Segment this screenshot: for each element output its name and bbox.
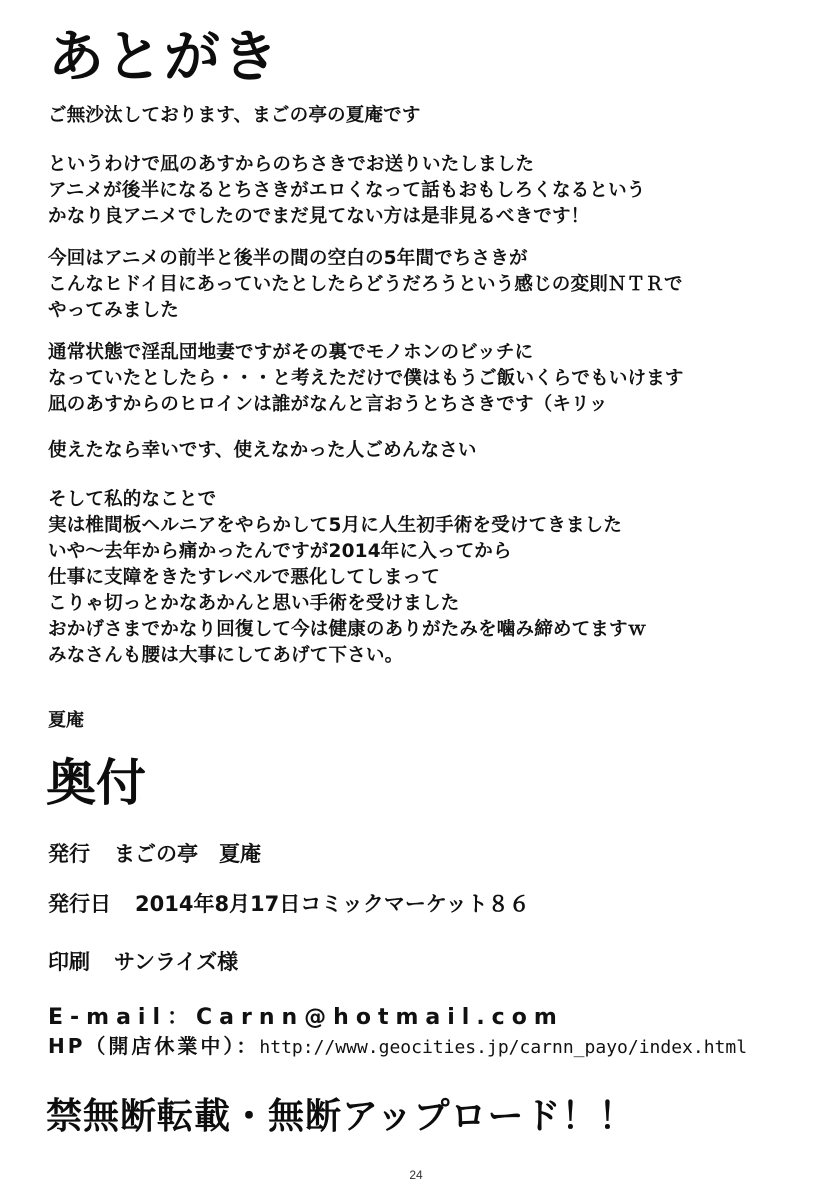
- colophon-publisher: 発行まごの亭 夏庵: [48, 838, 261, 868]
- text-line: こんなヒドイ目にあっていたとしたらどうだろうという感じの変則ＮＴＲで: [48, 272, 683, 298]
- text-line: 今回はアニメの前半と後半の間の空白の5年間でちさきが: [48, 246, 683, 272]
- text-line: みなさんも腰は大事にしてあげて下さい。: [48, 643, 646, 669]
- text-line: かなり良アニメでしたのでまだ見てない方は是非見るべきです！: [48, 204, 645, 230]
- afterword-paragraph-heroine: 通常状態で淫乱団地妻ですがその裏でモノホンのビッチに なっていたとしたら・・・と…: [48, 340, 684, 418]
- text-line: いや～去年から痛かったんですが2014年に入ってから: [48, 539, 646, 565]
- text-line: アニメが後半になるとちさきがエロくなって話もおもしろくなるという: [48, 178, 645, 204]
- text-line: なっていたとしたら・・・と考えただけで僕はもうご飯いくらでもいけます: [48, 366, 684, 392]
- email-label: E-mail：: [48, 1005, 196, 1030]
- text-line: やってみました: [48, 298, 683, 324]
- text-line: ご無沙汰しております、まごの亭の夏庵です: [48, 103, 421, 129]
- colophon-date: 発行日2014年8月17日コミックマーケット８６: [48, 888, 530, 918]
- page-number: 24: [0, 1168, 832, 1182]
- contact-homepage: HP（開店休業中）：http://www.geocities.jp/carnn_…: [48, 1030, 747, 1059]
- afterword-paragraph-concept: 今回はアニメの前半と後半の間の空白の5年間でちさきが こんなヒドイ目にあっていた…: [48, 246, 683, 324]
- homepage-label: HP（開店休業中）：: [48, 1034, 259, 1058]
- publisher-label: 発行: [48, 838, 90, 868]
- text-line: おかげさまでかなり回復して今は健康のありがたみを噛み締めてますｗ: [48, 617, 646, 643]
- afterword-paragraph-apology: 使えたなら幸いです、使えなかった人ごめんなさい: [48, 438, 477, 464]
- contact-email: E-mail：Carnn@hotmail.com: [48, 1000, 564, 1031]
- colophon-title: 奥付: [46, 758, 146, 808]
- date-label: 発行日: [48, 888, 111, 918]
- afterword-paragraph-greeting: ご無沙汰しております、まごの亭の夏庵です: [48, 103, 421, 129]
- text-line: 使えたなら幸いです、使えなかった人ごめんなさい: [48, 438, 477, 464]
- colophon-printer: 印刷サンライズ様: [48, 946, 238, 976]
- text-line: こりゃ切っとかなあかんと思い手術を受けました: [48, 591, 646, 617]
- email-address: Carnn@hotmail.com: [196, 1005, 564, 1030]
- afterword-title: あとがき: [48, 30, 280, 86]
- afterword-paragraph-personal: そして私的なことで 実は椎間板ヘルニアをやらかして5月に人生初手術を受けてきまし…: [48, 487, 646, 669]
- text-line: 通常状態で淫乱団地妻ですがその裏でモノホンのビッチに: [48, 340, 684, 366]
- text-line: 実は椎間板ヘルニアをやらかして5月に人生初手術を受けてきました: [48, 513, 646, 539]
- publisher-value: まごの亭 夏庵: [114, 838, 261, 868]
- afterword-paragraph-intro: というわけで凪のあすからのちさきでお送りいたしました アニメが後半になるとちさき…: [48, 152, 645, 230]
- homepage-url: http://www.geocities.jp/carnn_payo/index…: [259, 1037, 747, 1058]
- printer-value: サンライズ様: [114, 946, 238, 976]
- text-line: 仕事に支障をきたすレベルで悪化してしまって: [48, 565, 646, 591]
- text-line: というわけで凪のあすからのちさきでお送りいたしました: [48, 152, 645, 178]
- date-value: 2014年8月17日コミックマーケット８６: [135, 888, 530, 918]
- text-line: 凪のあすからのヒロインは誰がなんと言おうとちさきです（キリッ: [48, 392, 684, 418]
- book-page: あとがき ご無沙汰しております、まごの亭の夏庵です というわけで凪のあすからのち…: [0, 0, 832, 1200]
- no-reprint-warning: 禁無断転載・無断アップロード！！: [46, 1088, 635, 1139]
- text-line: そして私的なことで: [48, 487, 646, 513]
- author-signature: 夏庵: [48, 706, 84, 732]
- printer-label: 印刷: [48, 946, 90, 976]
